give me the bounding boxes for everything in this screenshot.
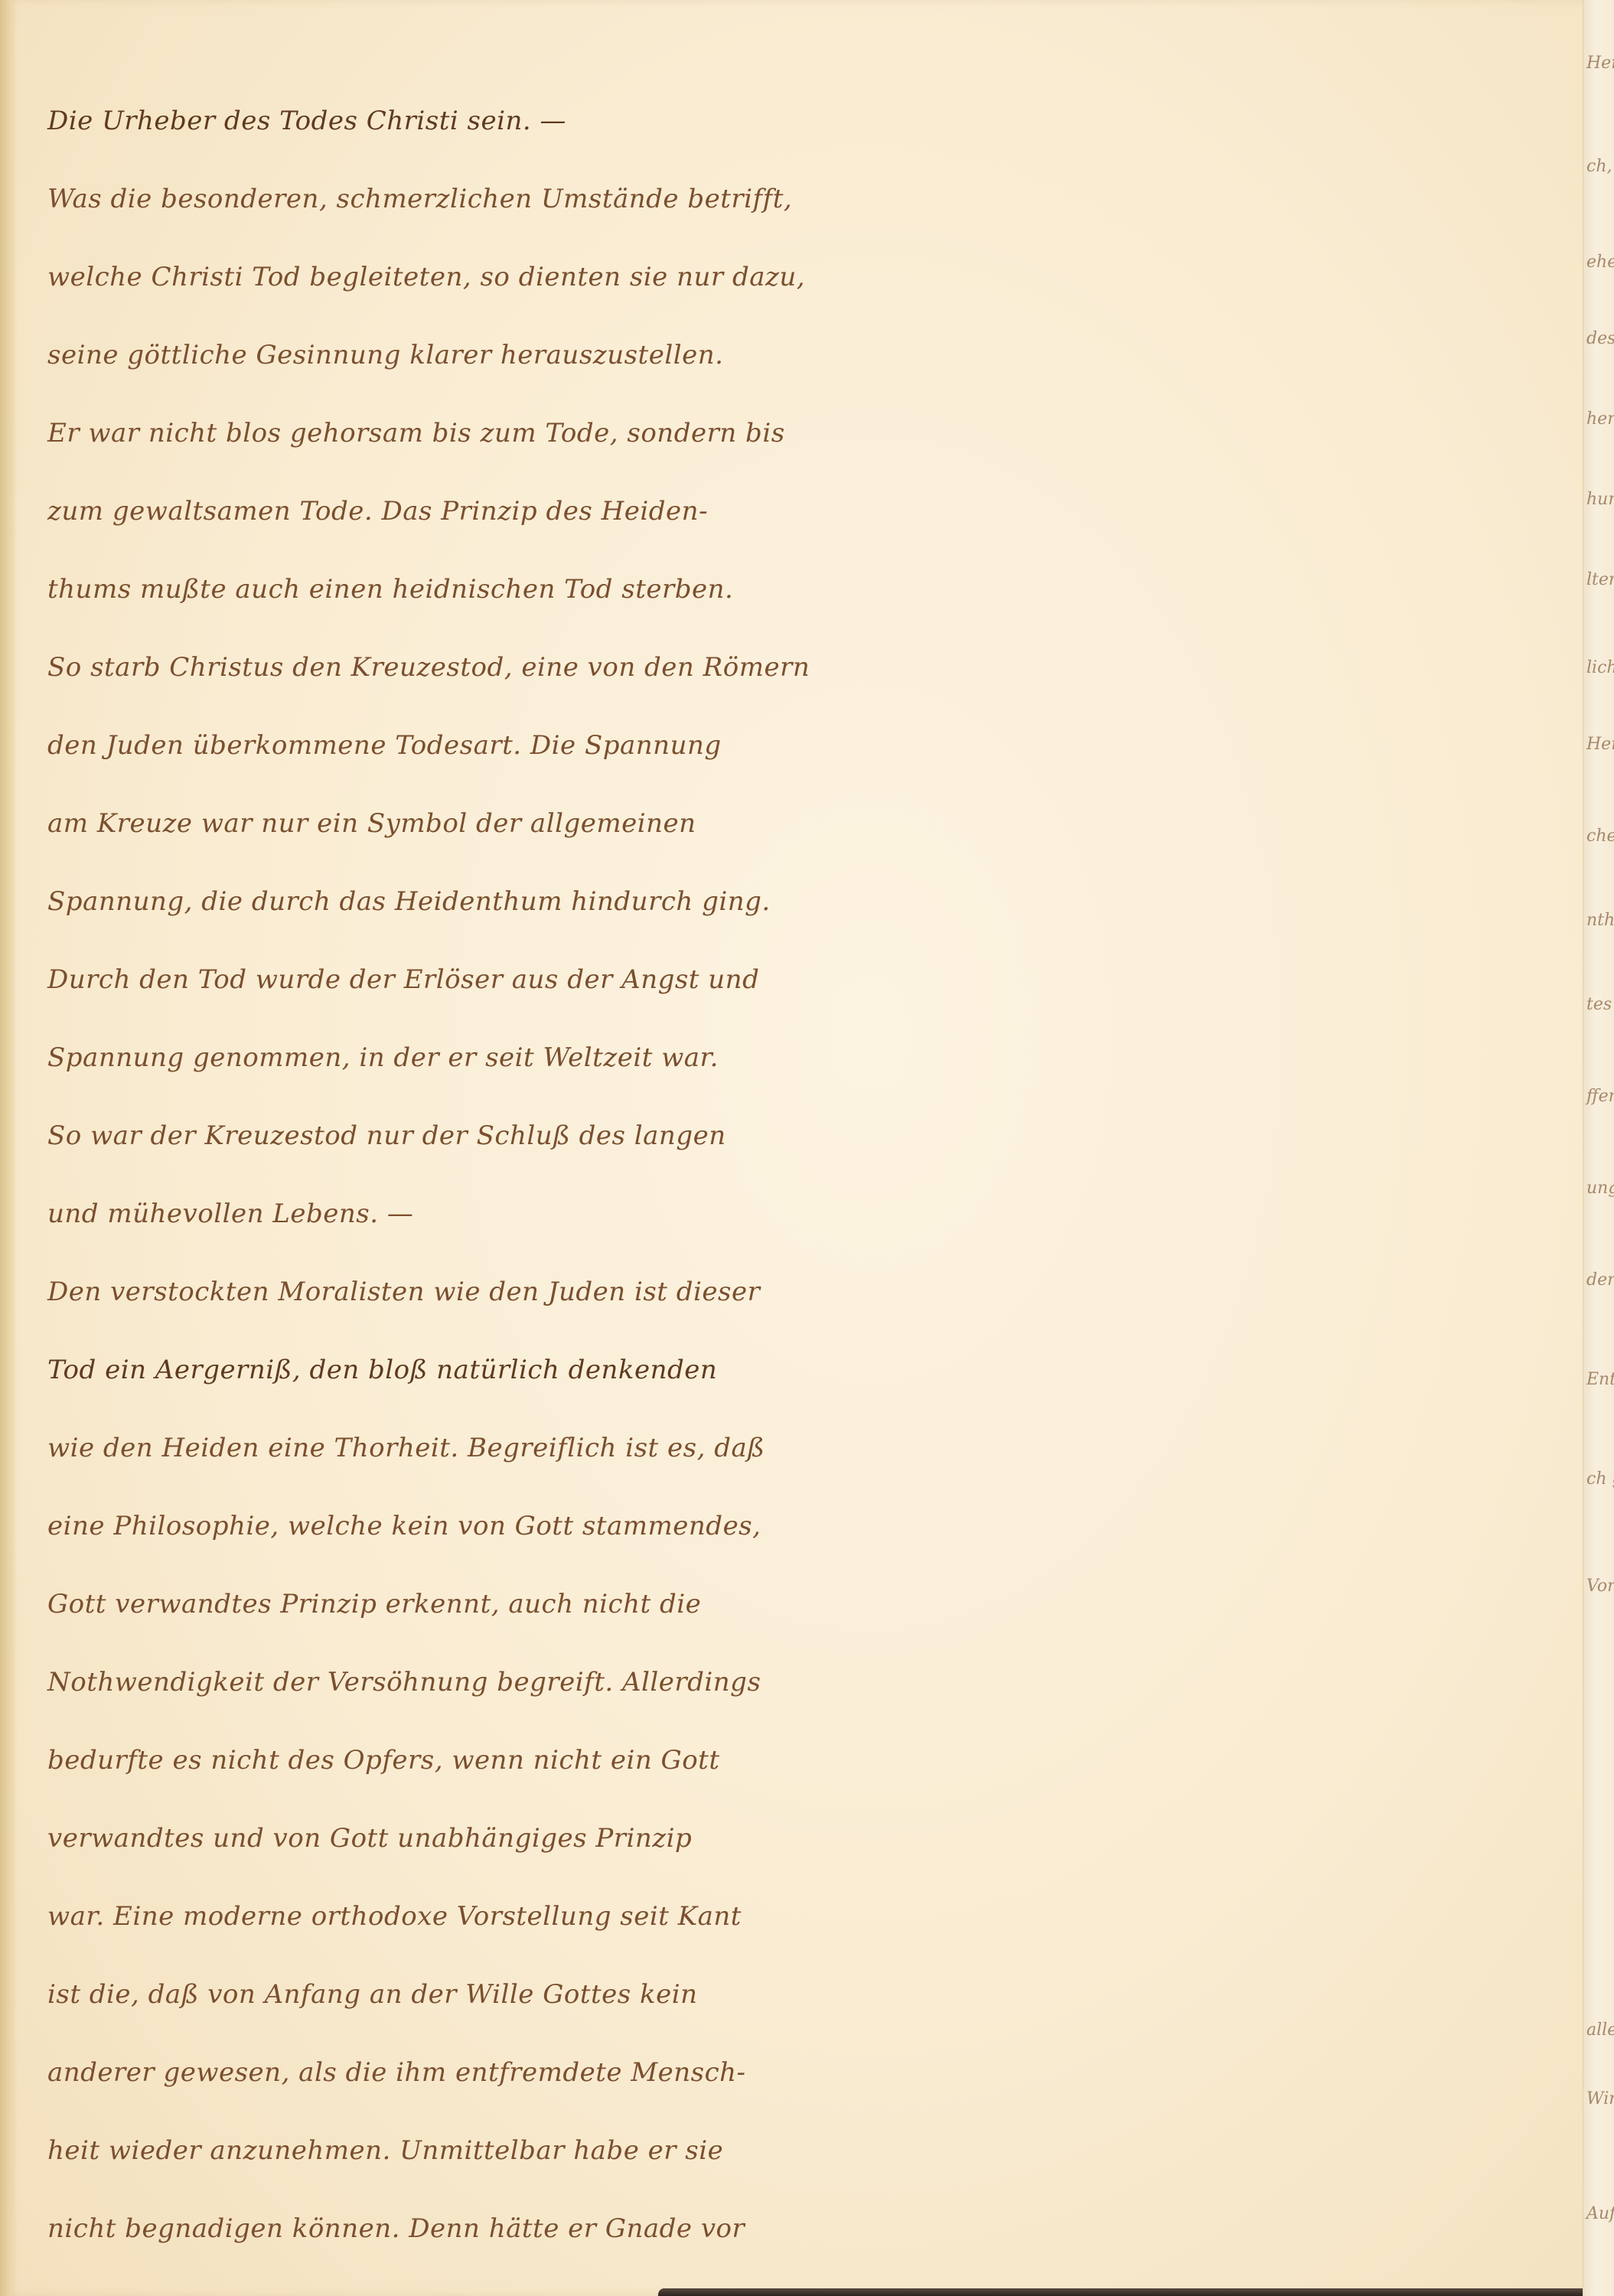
- text-line: war. Eine moderne orthodoxe Vorstellung …: [47, 1893, 905, 1971]
- adjacent-text-fragment: Herrin: [1586, 54, 1614, 73]
- text-line: nicht begnadigen können. Denn hätte er G…: [47, 2206, 905, 2284]
- text-line: Gott verwandtes Prinzip erkennt, auch ni…: [47, 1581, 905, 1659]
- text-line: Nothwendigkeit der Versöhnung begreift. …: [47, 1659, 905, 1737]
- page-gutter: [0, 0, 17, 2296]
- adjacent-text-fragment: chen: [1586, 827, 1614, 846]
- text-line: Durch den Tod wurde der Erlöser aus der …: [47, 957, 905, 1035]
- handwritten-text-block: Die Urheber des Todes Christi sein. — Wa…: [47, 98, 905, 2284]
- adjacent-text-fragment: des fi: [1586, 329, 1614, 348]
- text-line: und mühevollen Lebens. —: [47, 1191, 905, 1269]
- adjacent-text-fragment: Entfre: [1586, 1370, 1614, 1389]
- adjacent-text-fragment: Herrn: [1586, 735, 1614, 754]
- adjacent-text-fragment: Vorstell: [1586, 1577, 1614, 1596]
- text-line: wie den Heiden eine Thorheit. Begreiflic…: [47, 1425, 905, 1503]
- scan-background-edge: [658, 2288, 1583, 2296]
- adjacent-text-fragment: ehen, a: [1586, 253, 1614, 272]
- text-line: Was die besonderen, schmerzlichen Umstän…: [47, 176, 905, 254]
- text-line: Die Urheber des Todes Christi sein. —: [47, 98, 905, 176]
- adjacent-text-fragment: hen, da: [1586, 409, 1614, 429]
- text-line: Er war nicht blos gehorsam bis zum Tode,…: [47, 410, 905, 488]
- manuscript-page: Die Urheber des Todes Christi sein. — Wa…: [0, 0, 1583, 2296]
- adjacent-text-fragment: hungs: [1586, 490, 1614, 509]
- adjacent-text-fragment: Wir mu: [1586, 2089, 1614, 2108]
- text-line: verwandtes und von Gott unabhängiges Pri…: [47, 1815, 905, 1893]
- text-line: Spannung genommen, in der er seit Weltze…: [47, 1035, 905, 1113]
- adjacent-text-fragment: ch ge: [1586, 1469, 1614, 1489]
- text-line: seine göttliche Gesinnung klarer herausz…: [47, 332, 905, 410]
- text-line: heit wieder anzunehmen. Unmittelbar habe…: [47, 2128, 905, 2206]
- adjacent-text-fragment: nthum: [1586, 911, 1614, 930]
- text-line: thums mußte auch einen heidnischen Tod s…: [47, 566, 905, 644]
- adjacent-text-fragment: derung: [1586, 1270, 1614, 1290]
- text-line: zum gewaltsamen Tode. Das Prinzip des He…: [47, 488, 905, 566]
- text-line: welche Christi Tod begleiteten, so dient…: [47, 254, 905, 332]
- adjacent-page-edge: Herrin ch, sonst ehen, a des fi hen, da …: [1583, 0, 1614, 2296]
- text-line: anderer gewesen, als die ihm entfremdete…: [47, 2050, 905, 2128]
- text-line: Tod ein Aergerniß, den bloß natürlich de…: [47, 1347, 905, 1425]
- adjacent-text-fragment: Aufg: [1586, 2204, 1614, 2223]
- text-line: So starb Christus den Kreuzestod, eine v…: [47, 644, 905, 722]
- adjacent-text-fragment: ffen: [1586, 1087, 1614, 1106]
- text-line: am Kreuze war nur ein Symbol der allgeme…: [47, 801, 905, 879]
- adjacent-text-fragment: tes: [1586, 995, 1612, 1014]
- adjacent-text-fragment: lichen: [1586, 658, 1614, 677]
- adjacent-text-fragment: ch, sonst: [1586, 157, 1614, 176]
- text-line: den Juden überkommene Todesart. Die Span…: [47, 722, 905, 801]
- text-line: eine Philosophie, welche kein von Gott s…: [47, 1503, 905, 1581]
- adjacent-text-fragment: ung: [1586, 1179, 1614, 1198]
- adjacent-text-fragment: allein G: [1586, 2020, 1614, 2040]
- text-line: So war der Kreuzestod nur der Schluß des…: [47, 1113, 905, 1191]
- text-line: Spannung, die durch das Heidenthum hindu…: [47, 879, 905, 957]
- text-line: Den verstockten Moralisten wie den Juden…: [47, 1269, 905, 1347]
- text-line: ist die, daß von Anfang an der Wille Got…: [47, 1971, 905, 2050]
- adjacent-text-fragment: lten M: [1586, 570, 1614, 589]
- text-line: bedurfte es nicht des Opfers, wenn nicht…: [47, 1737, 905, 1815]
